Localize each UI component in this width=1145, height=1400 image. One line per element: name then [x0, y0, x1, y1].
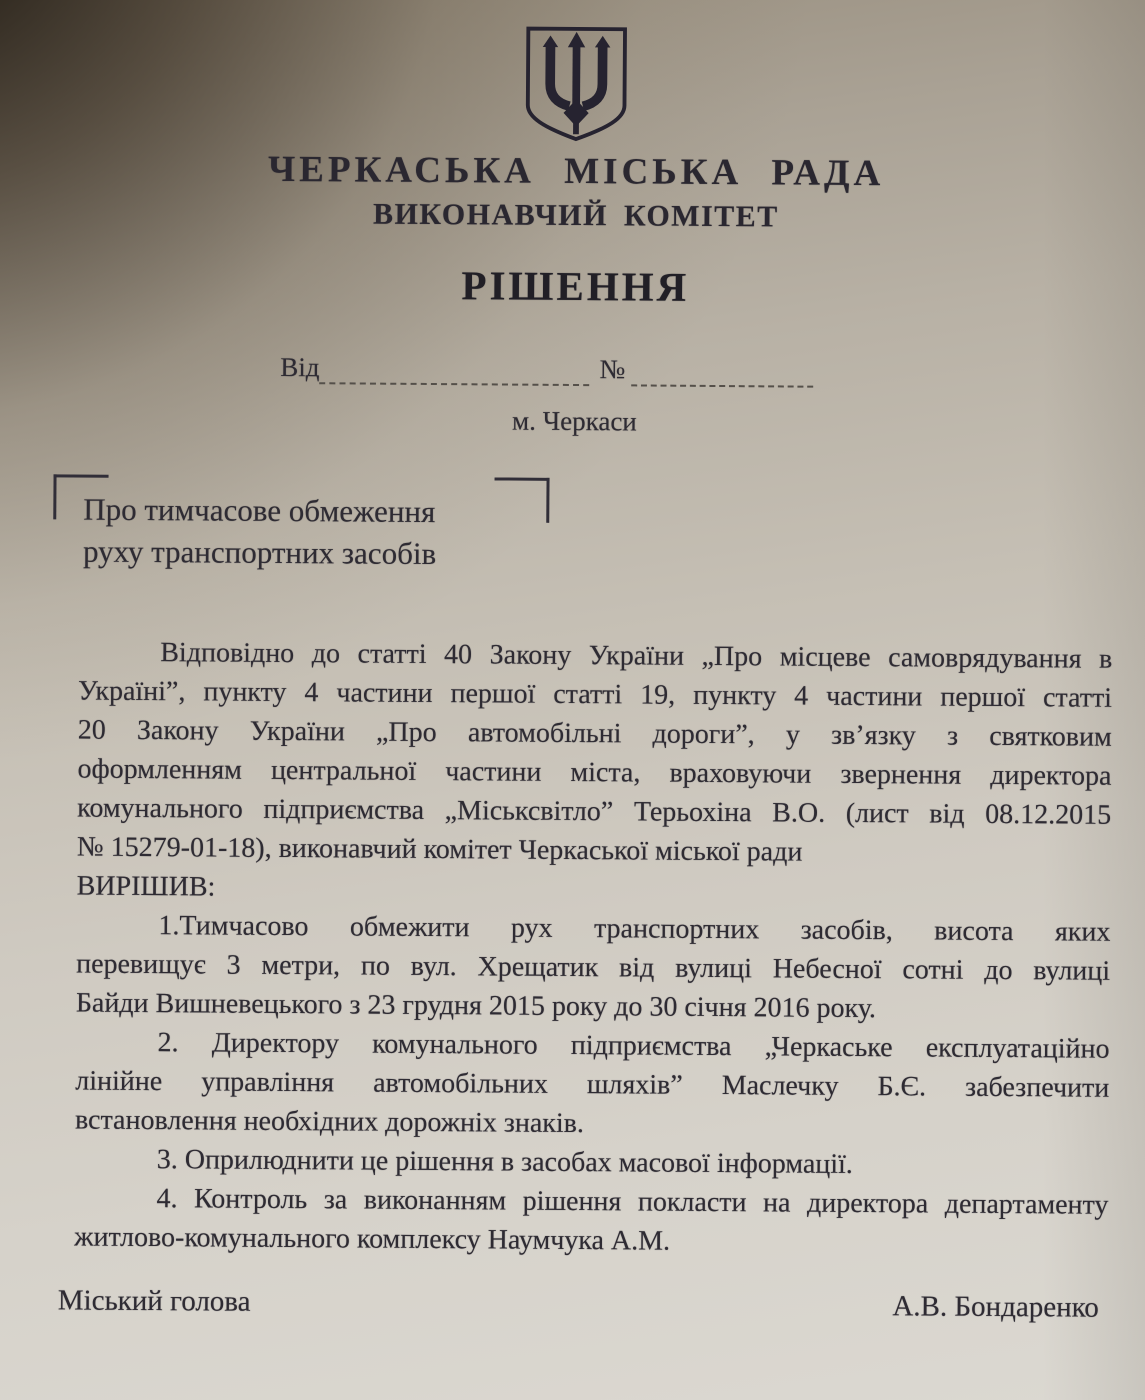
- date-number-row: Від №: [280, 350, 813, 388]
- subject-block: Про тимчасове обмеження руху транспортни…: [83, 489, 437, 575]
- item4-line: житлово-комунального комплексу Наумчука …: [74, 1218, 1108, 1264]
- organization-unit: ВИКОНАВЧИЙ КОМІТЕТ: [3, 195, 1145, 237]
- document-type-title: РІШЕННЯ: [3, 258, 1145, 314]
- subject-line: руху транспортних засобів: [83, 531, 436, 575]
- date-blank-line: [319, 351, 589, 386]
- signature-row: Міський голова А.В. Бондаренко: [58, 1284, 1099, 1324]
- signature-title: Міський голова: [58, 1284, 251, 1318]
- signature-name: А.В. Бондаренко: [892, 1290, 1099, 1324]
- number-label: №: [599, 352, 625, 386]
- intro-line: № 15279-01-18), виконавчий комітет Черка…: [77, 828, 1111, 874]
- document-content: ЧЕРКАСЬКА МІСЬКА РАДА ВИКОНАВЧИЙ КОМІТЕТ…: [0, 0, 1145, 1400]
- trident-coat-of-arms-icon: [518, 24, 635, 145]
- organization-name: ЧЕРКАСЬКА МІСЬКА РАДА: [4, 146, 1145, 197]
- scanned-decision-document: ЧЕРКАСЬКА МІСЬКА РАДА ВИКОНАВЧИЙ КОМІТЕТ…: [0, 0, 1145, 1400]
- subject-line: Про тимчасове обмеження: [83, 489, 436, 533]
- document-body: Відповідно до статті 40 Закону України „…: [74, 633, 1112, 1264]
- city-line: м. Черкаси: [2, 402, 1145, 441]
- corner-bracket-right-icon: [494, 477, 549, 522]
- number-blank-line: [631, 353, 813, 387]
- date-label: Від: [280, 350, 319, 384]
